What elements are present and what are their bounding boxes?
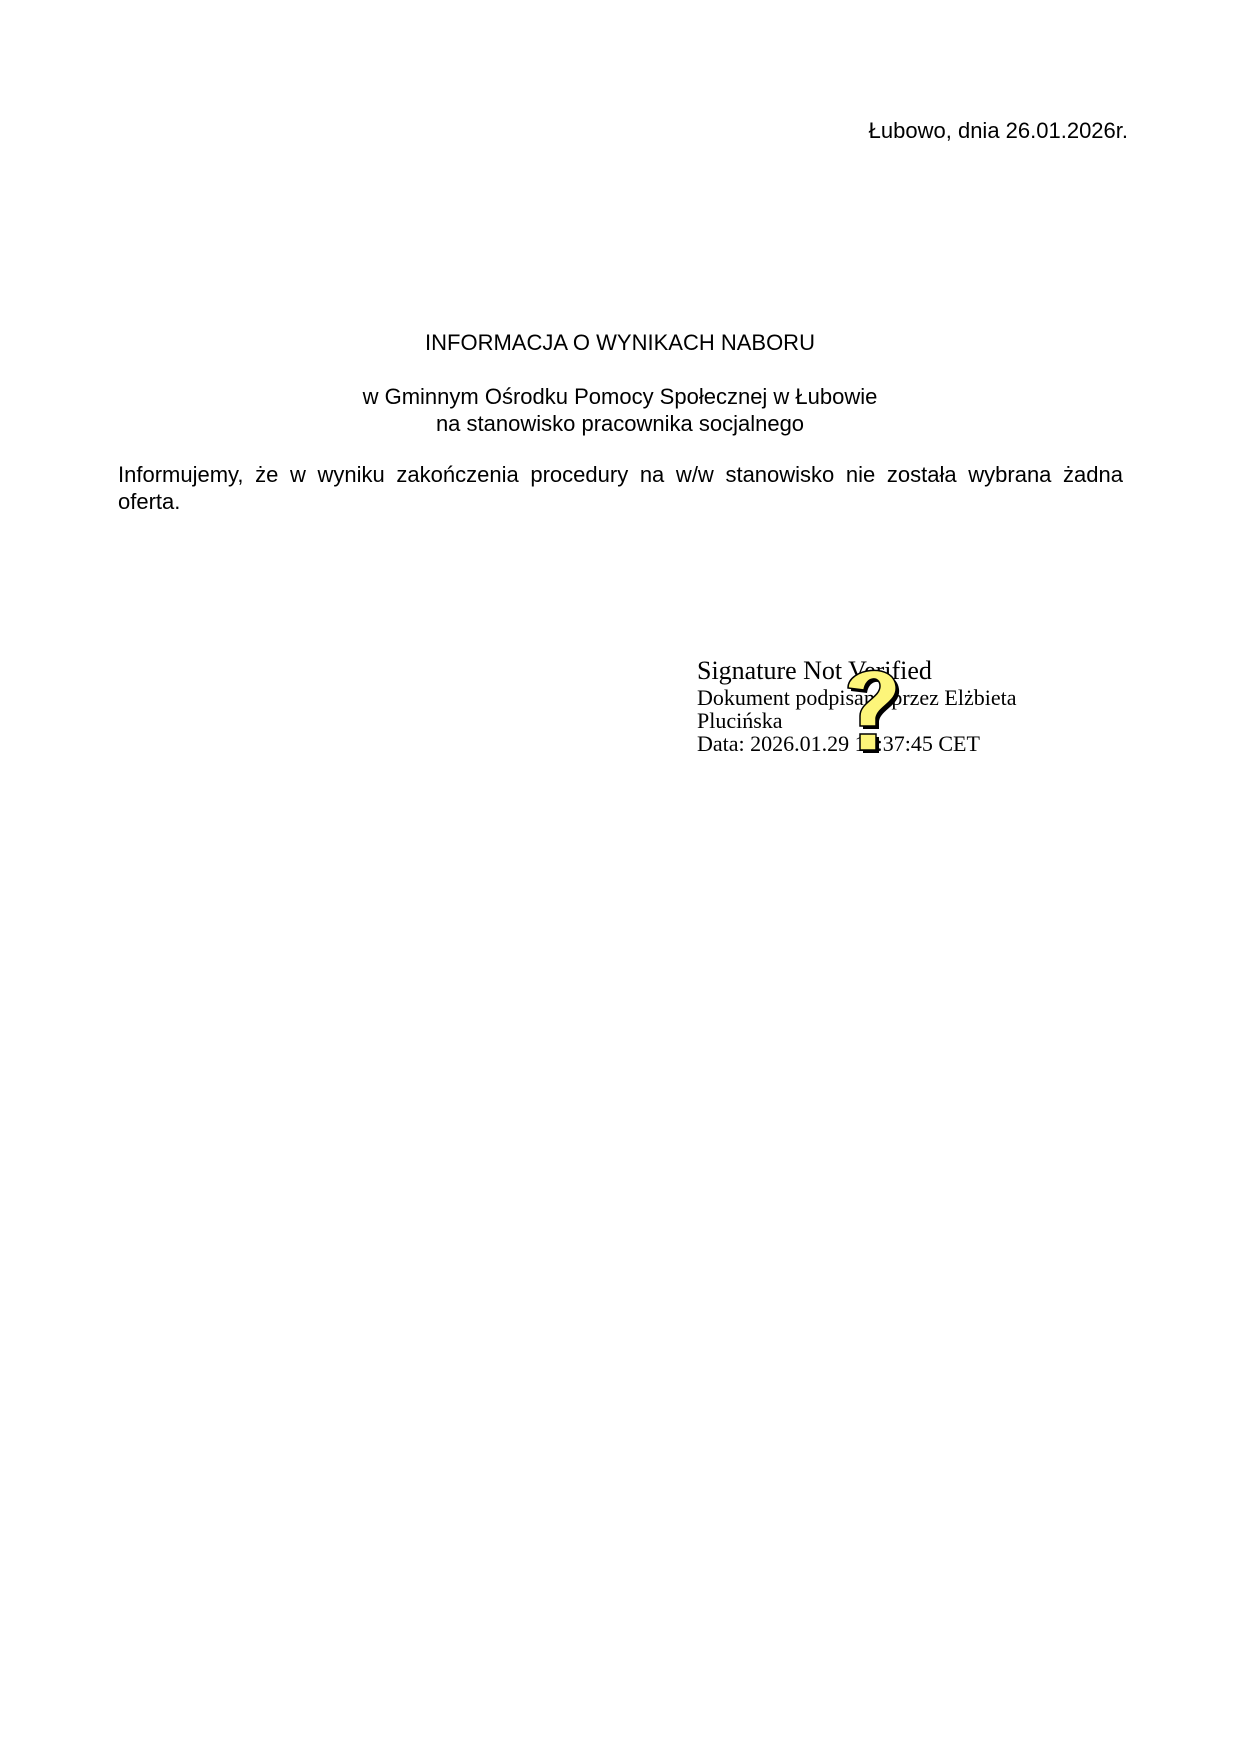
document-title: INFORMACJA O WYNIKACH NABORU: [0, 330, 1240, 356]
body-paragraph: Informujemy, że w wyniku zakończenia pro…: [118, 461, 1123, 515]
question-mark-icon: [838, 660, 908, 756]
subtitle-line-institution: w Gminnym Ośrodku Pomocy Społecznej w Łu…: [0, 383, 1240, 410]
subtitle-line-position: na stanowisko pracownika socjalnego: [0, 410, 1240, 437]
place-date: Łubowo, dnia 26.01.2026r.: [869, 118, 1128, 144]
document-subtitle: w Gminnym Ośrodku Pomocy Społecznej w Łu…: [0, 383, 1240, 437]
